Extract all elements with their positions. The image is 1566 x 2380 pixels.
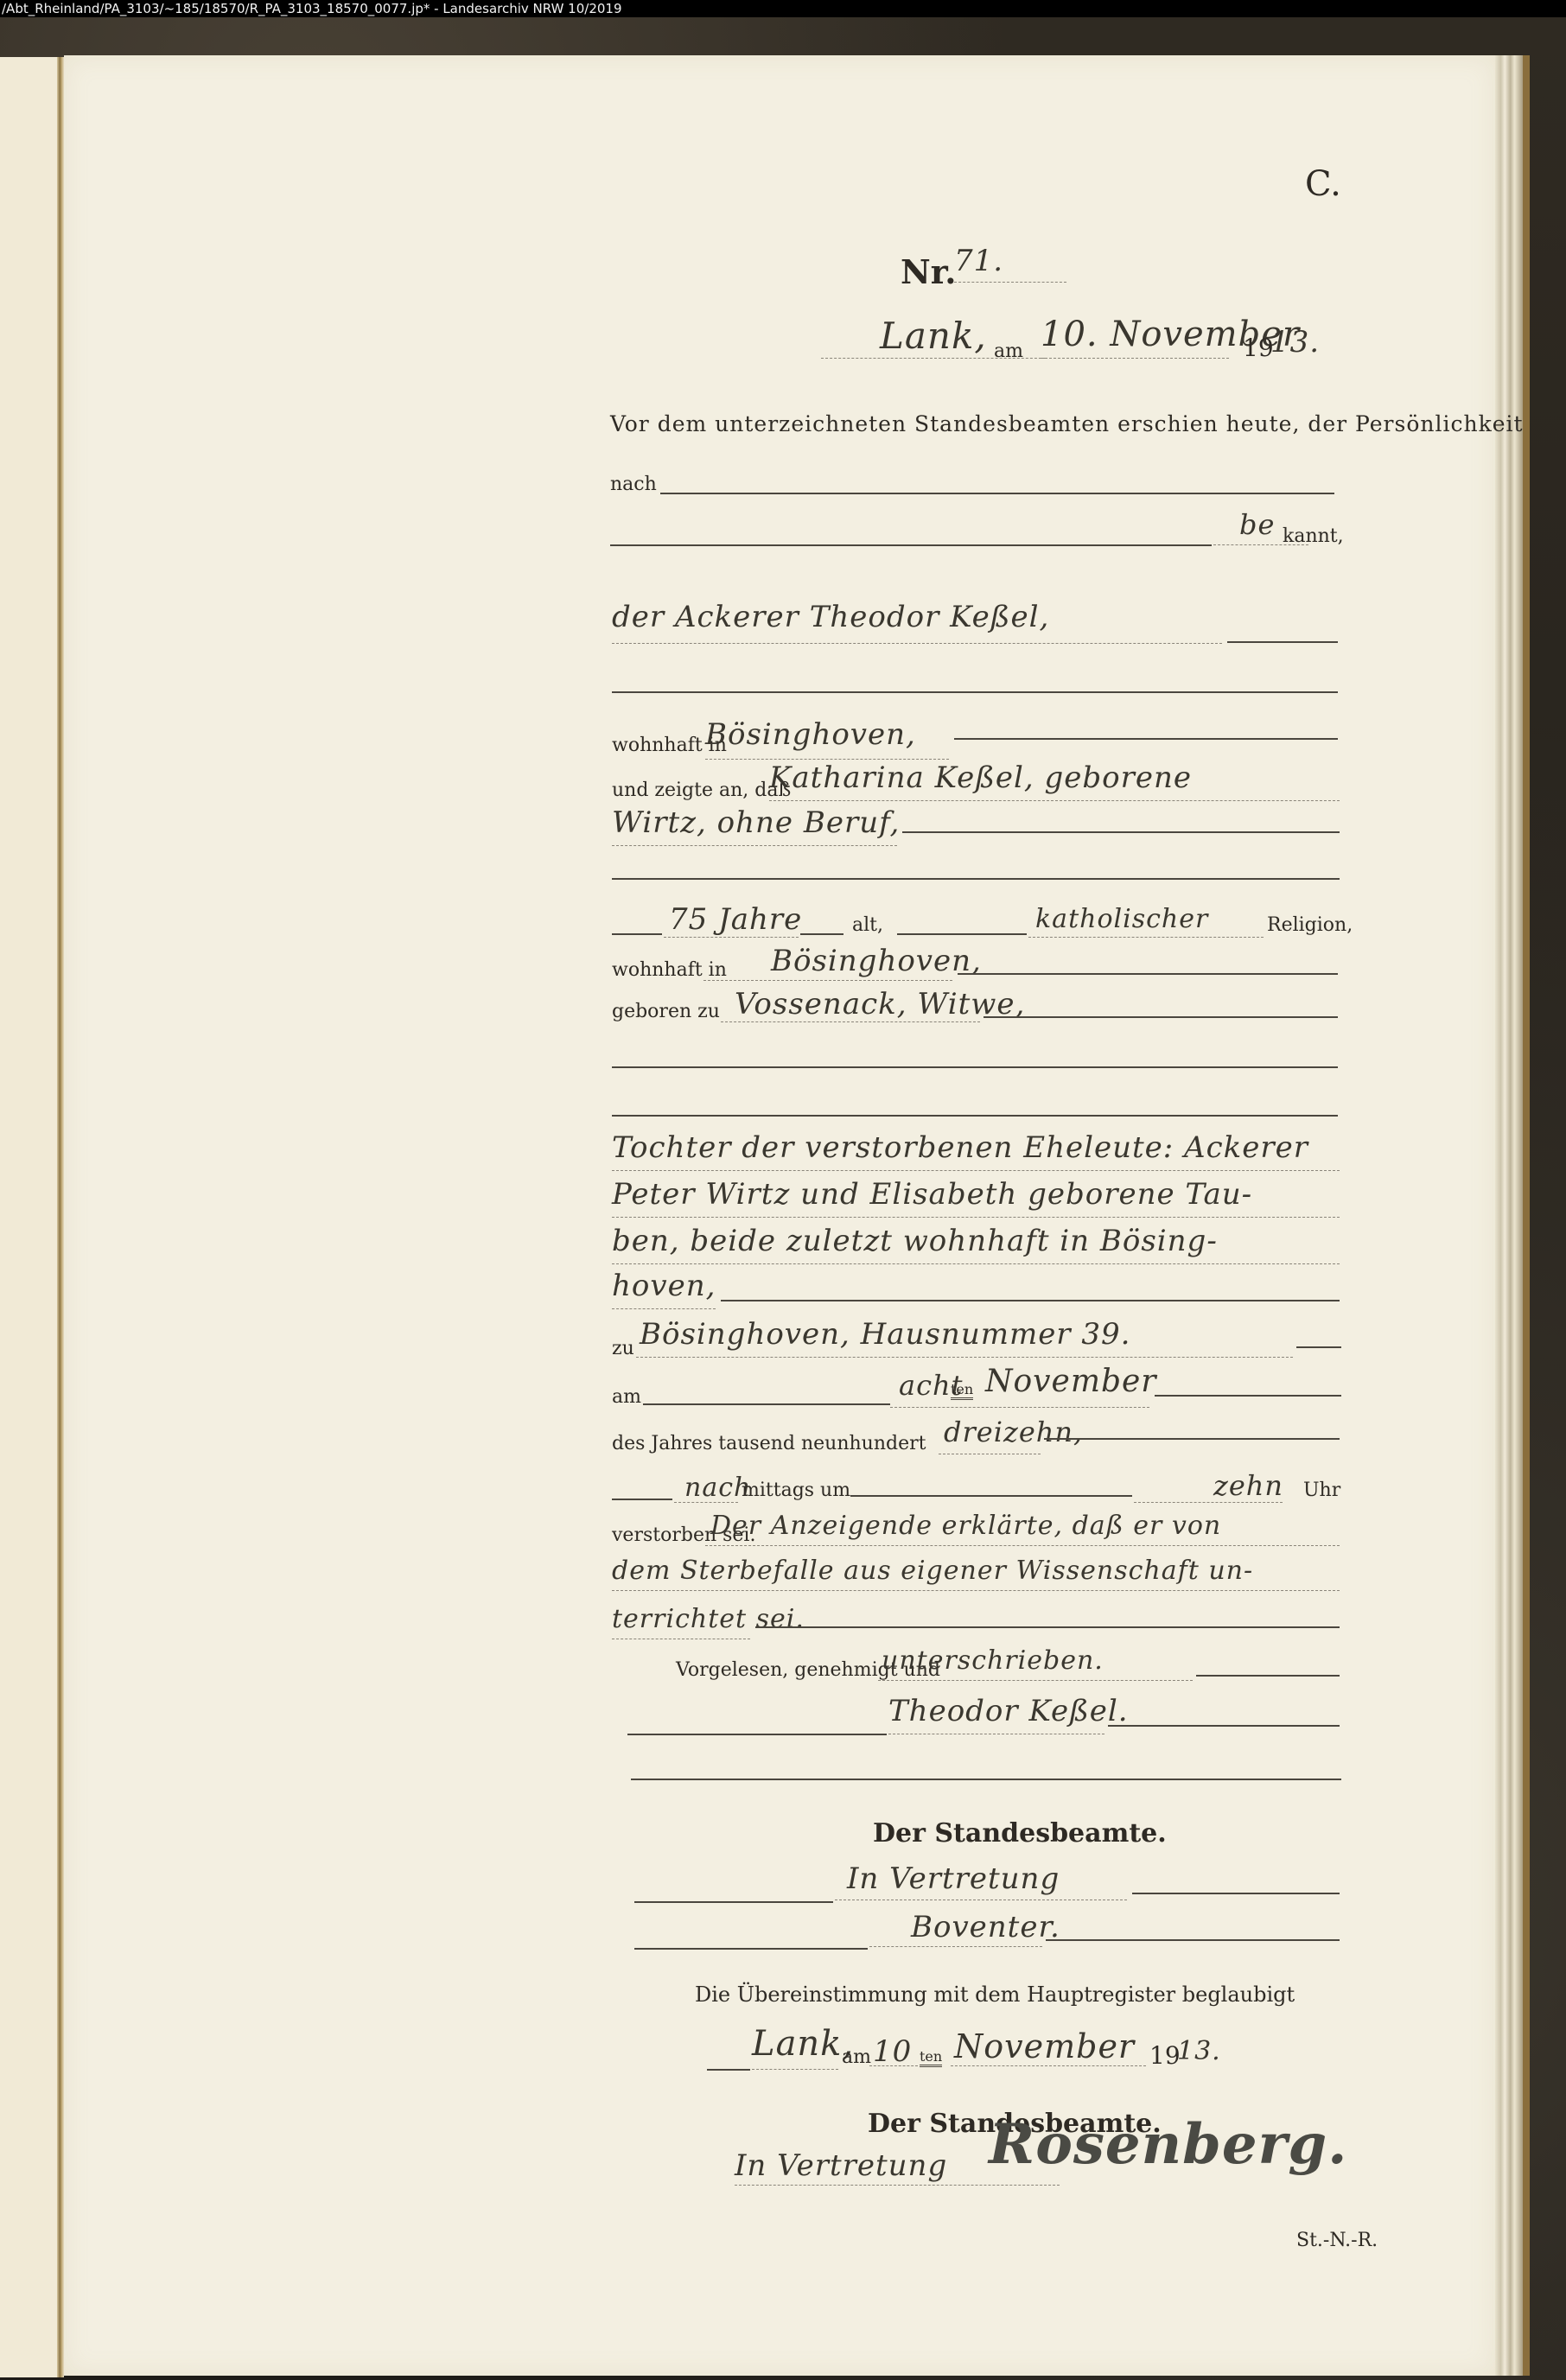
uhr-label: Uhr bbox=[1303, 1480, 1340, 1501]
number-label: Nr. bbox=[901, 252, 957, 291]
deceased-line-1: Katharina Keßel, geborene bbox=[769, 760, 1192, 795]
cert-place-underline bbox=[752, 2069, 838, 2070]
footer-code: St.-N.-R. bbox=[1296, 2230, 1378, 2251]
cert-year-suffix: 13. bbox=[1177, 2036, 1221, 2066]
deceased-line-3 bbox=[612, 878, 1340, 880]
registrar-line-1-start bbox=[634, 1901, 833, 1903]
cert-am: am bbox=[842, 2046, 871, 2068]
cert-place: Lank, bbox=[752, 2024, 854, 2064]
wohnhaft-line-2 bbox=[958, 973, 1338, 975]
signature-line-start bbox=[627, 1734, 887, 1735]
deceased-underline-2 bbox=[612, 845, 897, 846]
ten-label: ten bbox=[951, 1381, 973, 1400]
hour-value: zehn bbox=[1213, 1469, 1283, 1502]
informant-line-end bbox=[1227, 641, 1338, 643]
hour-line bbox=[850, 1495, 1132, 1497]
nach-label: nach bbox=[610, 474, 657, 495]
cert-day: 10 bbox=[873, 2034, 912, 2069]
age-underline bbox=[664, 937, 799, 938]
place-value: Lank, bbox=[880, 315, 987, 357]
am-label: am bbox=[994, 340, 1023, 362]
signature-underline bbox=[888, 1734, 1104, 1734]
parents-line-2: Peter Wirtz und Elisabeth geborene Tau- bbox=[612, 1177, 1252, 1212]
registrar-line-2-end bbox=[1046, 1939, 1340, 1941]
mittags-label: mittags um bbox=[742, 1480, 850, 1501]
statement-underline-2 bbox=[612, 1590, 1340, 1591]
registrar-underline-2 bbox=[869, 1946, 1042, 1947]
signature-informant: Theodor Keßel. bbox=[888, 1694, 1129, 1728]
document-page: C. Nr. 71. Lank, am 10. November 19 13. … bbox=[64, 55, 1495, 2376]
informant-value: der Ackerer Theodor Keßel, bbox=[612, 600, 1049, 634]
registrar-heading: Der Standesbeamte. bbox=[873, 1818, 1167, 1849]
alt-label: alt, bbox=[852, 914, 883, 936]
wohnhaft-value-1: Bösinghoven, bbox=[705, 717, 916, 752]
parents-underline-2 bbox=[612, 1217, 1340, 1218]
vorgelesen-value: unterschrieben. bbox=[882, 1645, 1104, 1676]
deceased-line-end bbox=[902, 831, 1340, 833]
cert-line-start bbox=[707, 2069, 750, 2071]
statement-line-3: terrichtet sei. bbox=[612, 1604, 805, 1634]
vorgelesen-underline bbox=[878, 1680, 1193, 1681]
geboren-line-3 bbox=[612, 1115, 1338, 1117]
informant-line-2 bbox=[612, 691, 1338, 693]
parents-underline-1 bbox=[612, 1170, 1340, 1171]
cert-month-underline bbox=[951, 2065, 1146, 2066]
year-suffix: 13. bbox=[1270, 325, 1320, 360]
geboren-line-2 bbox=[612, 1066, 1338, 1068]
window-title-bar: /Abt_Rheinland/PA_3103/~185/18570/R_PA_3… bbox=[0, 0, 1566, 17]
bekannt-hand: be bbox=[1239, 508, 1275, 541]
cert-month: November bbox=[954, 2027, 1135, 2065]
age-line-end bbox=[800, 933, 843, 935]
registrar-name: Boventer. bbox=[911, 1910, 1060, 1944]
wohnhaft-label-2: wohnhaft in bbox=[612, 959, 727, 981]
book-spine bbox=[57, 57, 64, 2377]
am-date-line bbox=[643, 1403, 890, 1405]
informant-underline bbox=[612, 643, 1222, 644]
cert-vertretung: In Vertretung bbox=[735, 2148, 947, 2183]
age-value: 75 Jahre bbox=[669, 902, 802, 937]
registrar-vertretung: In Vertretung bbox=[847, 1861, 1060, 1896]
religion-value: katholischer bbox=[1035, 904, 1208, 934]
jahres-value: dreizehn, bbox=[944, 1416, 1083, 1448]
form-letter: C. bbox=[1305, 164, 1341, 204]
parents-line-end bbox=[721, 1300, 1340, 1301]
bekannt-line bbox=[610, 544, 1212, 546]
geboren-underline bbox=[721, 1021, 980, 1022]
statement-underline-1 bbox=[705, 1545, 1340, 1546]
registrar-line-2-start bbox=[634, 1948, 868, 1950]
religion-underline bbox=[1028, 937, 1264, 938]
registrar-underline-1 bbox=[835, 1900, 1127, 1900]
signature-line-2 bbox=[631, 1779, 1341, 1780]
geboren-label: geboren zu bbox=[612, 1001, 720, 1022]
parents-underline-3 bbox=[612, 1263, 1340, 1264]
month-line-end bbox=[1155, 1395, 1341, 1397]
cert-year-prefix: 19 bbox=[1149, 2041, 1181, 2070]
hour-underline bbox=[1134, 1502, 1283, 1503]
religion-label: Religion, bbox=[1267, 914, 1353, 936]
religion-line-start bbox=[897, 933, 1027, 935]
month-underline bbox=[890, 1407, 1149, 1408]
certification-text: Die Übereinstimmung mit dem Hauptregiste… bbox=[695, 1982, 1295, 2007]
signature-line-end bbox=[1108, 1725, 1340, 1727]
statement-line-end bbox=[755, 1626, 1340, 1628]
number-underline bbox=[954, 282, 1066, 283]
deceased-underline-1 bbox=[769, 800, 1340, 801]
page-stack-edge bbox=[1495, 55, 1523, 2376]
date-underline bbox=[1041, 358, 1229, 359]
zu-line-end bbox=[1296, 1346, 1341, 1348]
zu-value: Bösinghoven, Hausnummer 39. bbox=[640, 1317, 1130, 1352]
window-title: /Abt_Rheinland/PA_3103/~185/18570/R_PA_3… bbox=[2, 1, 622, 16]
statement-line-1: Der Anzeigende erklärte, daß er von bbox=[710, 1511, 1221, 1541]
page-edge-shadow bbox=[1523, 55, 1530, 2376]
parents-line-3: ben, beide zuletzt wohnhaft in Bösing- bbox=[612, 1224, 1218, 1258]
wohnhaft-underline-2 bbox=[703, 980, 952, 981]
geboren-line bbox=[984, 1016, 1338, 1018]
geboren-value: Vossenack, Witwe, bbox=[735, 987, 1025, 1021]
cert-day-underline bbox=[869, 2065, 918, 2066]
intro-text: Vor dem unterzeichneten Standesbeamten e… bbox=[610, 411, 1524, 436]
deceased-line-2: Wirtz, ohne Beruf, bbox=[612, 805, 900, 840]
am-date-label: am bbox=[612, 1386, 641, 1408]
statement-line-2: dem Sterbefalle aus eigener Wissenschaft… bbox=[612, 1556, 1253, 1586]
jahres-label: des Jahres tausend neunhundert bbox=[612, 1433, 926, 1454]
wohnhaft-value-2: Bösinghoven, bbox=[771, 944, 982, 978]
registrar-line-1-end bbox=[1132, 1893, 1340, 1894]
number-value: 71. bbox=[954, 244, 1003, 278]
year-prefix: 19 bbox=[1243, 334, 1274, 362]
nach-line bbox=[660, 493, 1334, 494]
bekannt-print: kannt, bbox=[1283, 525, 1344, 547]
wohnhaft-underline-1 bbox=[705, 759, 949, 760]
parents-line-1: Tochter der verstorbenen Eheleute: Acker… bbox=[612, 1130, 1308, 1165]
cert-signature: Rosenberg. bbox=[989, 2112, 1347, 2177]
age-line-start bbox=[612, 933, 662, 935]
cert-vertretung-underline bbox=[735, 2185, 1060, 2186]
zeigte-label: und zeigte an, daß bbox=[612, 780, 791, 801]
jahres-underline bbox=[939, 1454, 1041, 1454]
month-value: November bbox=[985, 1364, 1157, 1399]
cert-ten: ten bbox=[920, 2048, 942, 2067]
nach-underline bbox=[674, 1502, 738, 1503]
zu-label: zu bbox=[612, 1338, 634, 1359]
jahres-line-end bbox=[1044, 1438, 1340, 1440]
statement-underline-3 bbox=[612, 1639, 750, 1639]
vorgelesen-line-end bbox=[1196, 1675, 1340, 1677]
parents-underline-4 bbox=[612, 1308, 716, 1309]
parents-line-4: hoven, bbox=[612, 1269, 716, 1303]
wohnhaft-line-1 bbox=[954, 738, 1338, 740]
zu-underline bbox=[636, 1357, 1293, 1358]
left-page-edge bbox=[0, 57, 59, 2377]
time-line-start bbox=[612, 1499, 672, 1500]
